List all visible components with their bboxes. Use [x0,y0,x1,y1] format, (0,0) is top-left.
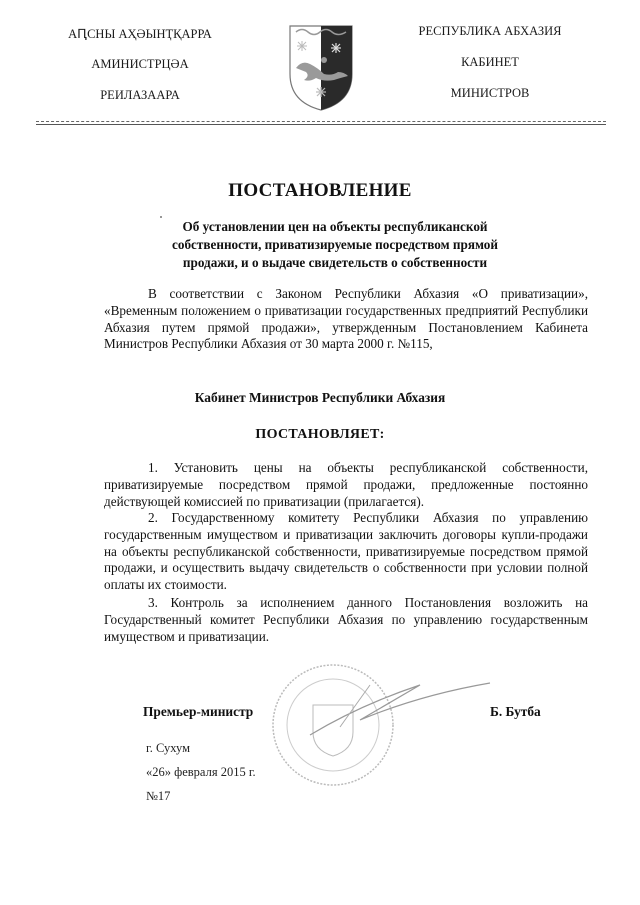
issue-date: «26» февраля 2015 г. [146,765,256,780]
header-abkhaz: АԤСНЫ АҲӘЫНҬҚАРРА АМИНИСТРЦӘА РЕИЛАЗААРА [40,26,240,106]
clause-1: 1. Установить цены на объекты республика… [104,460,588,510]
handwritten-signature [300,665,500,745]
issue-city: г. Сухум [146,741,190,756]
signatory-position: Премьер-министр [143,704,253,720]
header-right-line-3: МИНИСТРОВ [400,86,580,101]
clause-3: 3. Контроль за исполнением данного Поста… [104,595,588,645]
header-divider [36,121,606,122]
document-number: №17 [146,789,170,804]
header-left-line-3: РЕИЛАЗААРА [40,88,240,103]
signatory-name: Б. Бутба [490,704,541,720]
header-left-line-2: АМИНИСТРЦӘА [40,57,240,72]
document-subtitle: Об установлении цен на объекты республик… [150,218,520,272]
document-title: ПОСТАНОВЛЕНИЕ [0,180,640,202]
resolves-heading: ПОСТАНОВЛЯЕТ: [0,427,640,443]
header-russian: РЕСПУБЛИКА АБХАЗИЯ КАБИНЕТ МИНИСТРОВ [400,24,580,104]
header-left-line-1: АԤСНЫ АҲӘЫНҬҚАРРА [40,26,240,42]
document-page: АԤСНЫ АҲӘЫНҬҚАРРА АМИНИСТРЦӘА РЕИЛАЗААРА… [0,0,640,905]
header-right-line-2: КАБИНЕТ [400,55,580,70]
header-divider-2 [36,124,606,125]
header-right-line-1: РЕСПУБЛИКА АБХАЗИЯ [400,24,580,39]
issuer-heading: Кабинет Министров Республики Абхазия [0,390,640,406]
preamble-paragraph: В соответствии с Законом Республики Абха… [104,286,588,353]
coat-of-arms-icon [288,24,354,112]
clause-2: 2. Государственному комитету Республики … [104,510,588,594]
